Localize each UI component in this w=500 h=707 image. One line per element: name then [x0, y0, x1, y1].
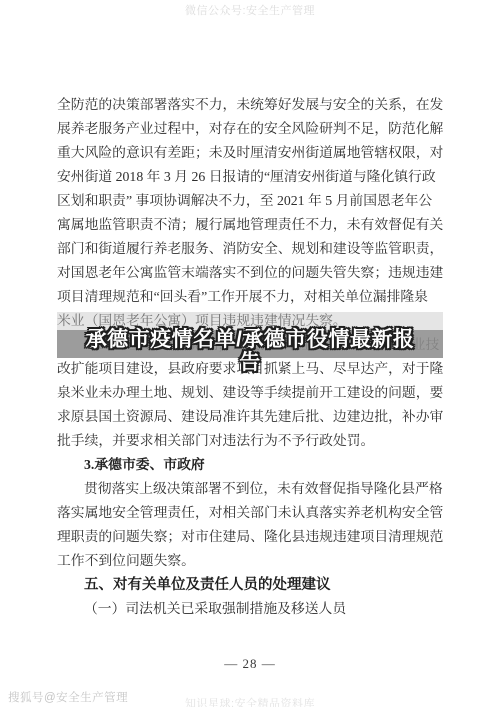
overlay-headline-line2: 告: [0, 351, 500, 374]
text-line: 重大风险的意识有差距；未及时厘清安州街道属地管辖权限，对: [57, 141, 443, 165]
watermark-bottom-center: 知识星球:安全精品资料库: [0, 695, 500, 707]
text-line: 批手续，并要求相关部门对违法行为不予行政处罚。: [57, 429, 443, 453]
page-number: — 28 —: [0, 656, 500, 672]
document-page: 微信公众号:安全生产管理 全防范的决策部署落实不力，未统筹好发展与安全的关系，在…: [0, 0, 500, 707]
text-line: 全防范的决策部署落实不力，未统筹好发展与安全的关系，在发: [57, 93, 443, 117]
text-line: 贯彻落实上级决策部署不到位，未有效督促指导隆化县严格: [57, 477, 443, 501]
text-line: 安州街道 2018 年 3 月 26 日报请的“厘清安州街道与隆化镇行政: [57, 165, 443, 189]
text-line: 区划和职责” 事项协调解决不力，至 2021 年 5 月前国恩老年公: [57, 189, 443, 213]
text-line: 展养老服务产业过程中，对存在的安全风险研判不足，防范化解: [57, 117, 443, 141]
text-line: 部门和街道履行养老服务、消防安全、规划和建设等监管职责，: [57, 237, 443, 261]
overlay-headline: 承德市疫情名单/承德市役情最新报 告: [0, 328, 500, 374]
watermark-top: 微信公众号:安全生产管理: [0, 2, 500, 18]
text-line: 求原县国土资源局、建设局准许其先建后批、边建边批，补办审: [57, 405, 443, 429]
overlay-headline-line1: 承德市疫情名单/承德市役情最新报: [0, 328, 500, 351]
text-line: 寓属地监管职责不清；履行属地管理责任不力，未有效督促有关: [57, 213, 443, 237]
text-line: 落实属地安全管理责任，对相关部门未认真落实养老机构安全管: [57, 501, 443, 525]
text-line: 五、对有关单位及责任人员的处理建议: [57, 573, 443, 597]
text-line: 项目清理规范和“回头看”工作开展不力，对相关单位漏排隆泉: [57, 285, 443, 309]
text-line: 理职责的问题失察；对市住建局、隆化县违规违建项目清理规范: [57, 525, 443, 549]
text-line: （一）司法机关已采取强制措施及移送人员: [57, 597, 443, 621]
text-line: 3.承德市委、市政府: [57, 453, 443, 477]
text-line: 对国恩老年公寓监管末端落实不到位的问题失管失察；违规违建: [57, 261, 443, 285]
text-line: 泉米业未办理土地、规划、建设等手续提前开工建设的问题，要: [57, 381, 443, 405]
text-line: 工作不到位问题失察。: [57, 549, 443, 573]
